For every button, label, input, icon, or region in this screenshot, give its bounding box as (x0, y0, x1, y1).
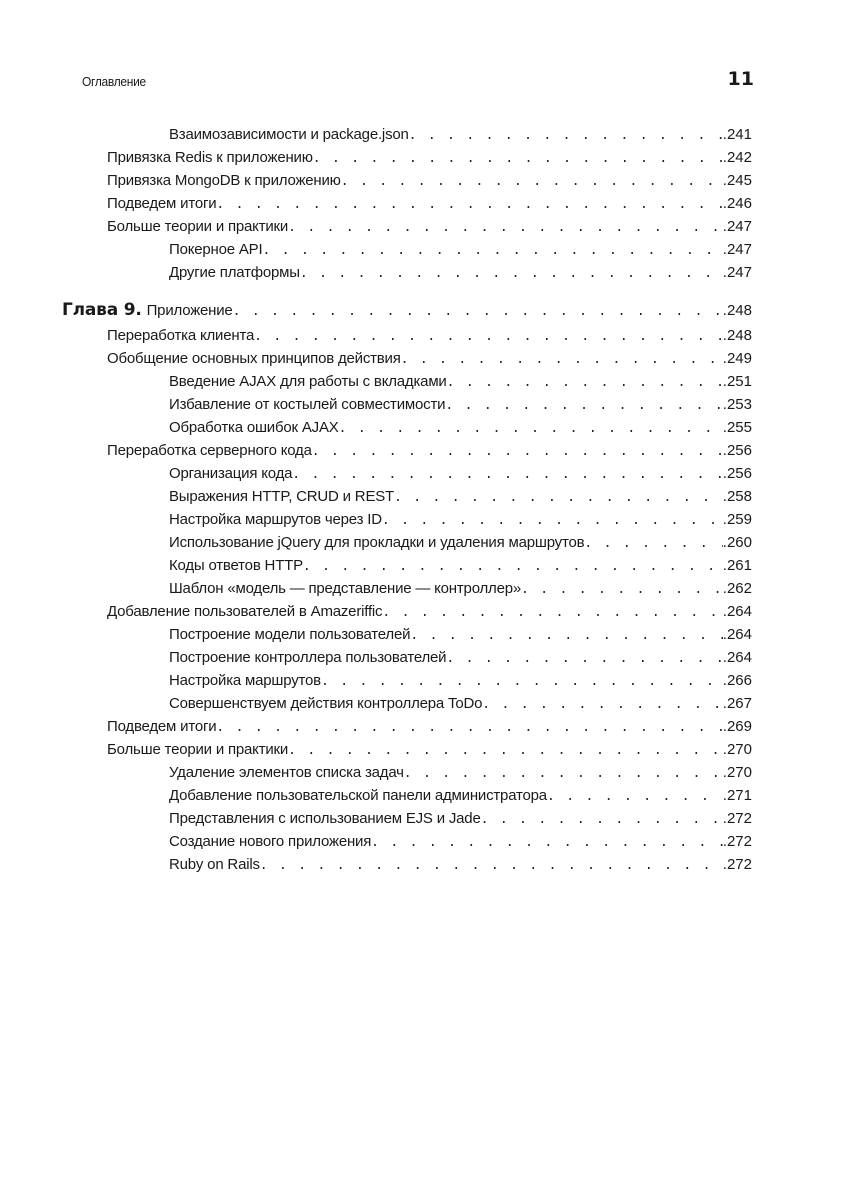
toc-entry-page-number: .246 (723, 192, 752, 215)
dot-leader (401, 348, 723, 370)
toc-entry-page-number: .256 (723, 462, 752, 485)
dot-leader (547, 785, 723, 807)
toc-entry-title: Добавление пользовательской панели админ… (169, 784, 547, 807)
toc-entry-text: Обобщение основных принципов действия (107, 350, 401, 367)
toc-entry-text: Введение AJAX для работы с вкладками (169, 373, 447, 390)
toc-entry[interactable]: Шаблон «модель — представление — контрол… (62, 577, 752, 600)
toc-entry[interactable]: Введение AJAX для работы с вкладками.251 (62, 370, 752, 393)
toc-entry-page-number: .247 (723, 238, 752, 261)
toc-entry-title: Подведем итоги (107, 192, 216, 215)
toc-entry[interactable]: Выражения HTTP, CRUD и REST.258 (62, 485, 752, 508)
dot-leader (216, 193, 722, 215)
toc-entry-text: Организация кода (169, 465, 292, 482)
toc-entry-page-number: .270 (723, 761, 752, 784)
toc-entry-title: Удаление элементов списка задач (169, 761, 404, 784)
toc-entry-page-number: .247 (723, 261, 752, 284)
toc-entry[interactable]: Привязка MongoDB к приложению.245 (62, 169, 752, 192)
dot-leader (313, 147, 723, 169)
toc-entry-text: Удаление элементов списка задач (169, 764, 404, 781)
toc-entry-page-number: .272 (723, 807, 752, 830)
toc-entry-page-number: .248 (723, 324, 752, 347)
toc-entry[interactable]: Больше теории и практики.247 (62, 215, 752, 238)
toc-entry[interactable]: Обобщение основных принципов действия.24… (62, 347, 752, 370)
dot-leader (312, 440, 723, 462)
toc-entry-page-number: .249 (723, 347, 752, 370)
dot-leader (341, 170, 723, 192)
toc-entry[interactable]: Больше теории и практики.270 (62, 738, 752, 761)
toc-entry-text: Добавление пользователей в Amazeriffic (107, 603, 382, 620)
running-title: Оглавление (82, 74, 146, 89)
toc-entry-text: Подведем итоги (107, 195, 216, 212)
toc-entry-title: Настройка маршрутов через ID (169, 508, 382, 531)
toc-entry-text: Создание нового приложения (169, 833, 371, 850)
toc-entry-text: Переработка серверного кода (107, 442, 312, 459)
toc-entry-title: Больше теории и практики (107, 738, 288, 761)
toc-entry-text: Построение модели пользователей (169, 626, 410, 643)
toc-entry[interactable]: Подведем итоги.269 (62, 715, 752, 738)
toc-entry-text: Настройка маршрутов (169, 672, 321, 689)
toc-entry-page-number: .251 (723, 370, 752, 393)
toc-entry-text: Настройка маршрутов через ID (169, 511, 382, 528)
toc-entry-title: Введение AJAX для работы с вкладками (169, 370, 447, 393)
toc-entry[interactable]: Построение контроллера пользователей.264 (62, 646, 752, 669)
dot-leader (482, 693, 723, 715)
toc-entry-text: Выражения HTTP, CRUD и REST (169, 488, 394, 505)
toc-entry-text: Взаимозависимости и package.json (169, 126, 409, 143)
toc-entry-page-number: .264 (723, 623, 752, 646)
toc-entry-title: Подведем итоги (107, 715, 216, 738)
dot-leader (371, 831, 723, 853)
dot-leader (321, 670, 723, 692)
toc-entry[interactable]: Создание нового приложения.272 (62, 830, 752, 853)
toc-entry-page-number: .247 (723, 215, 752, 238)
dot-leader (292, 463, 723, 485)
toc-entry-page-number: .261 (723, 554, 752, 577)
dot-leader (382, 509, 723, 531)
toc-entry-title: Коды ответов HTTP (169, 554, 303, 577)
dot-leader (339, 417, 723, 439)
toc-entry-title: Взаимозависимости и package.json (169, 123, 409, 146)
toc-entry-page-number: .256 (723, 439, 752, 462)
toc-entry[interactable]: Совершенствуем действия контроллера ToDo… (62, 692, 752, 715)
dot-leader (288, 216, 723, 238)
toc-entry[interactable]: Добавление пользователей в Amazeriffic.2… (62, 600, 752, 623)
toc-entry-title: Покерное API (169, 238, 262, 261)
toc-entry-text: Шаблон «модель — представление — контрол… (169, 580, 521, 597)
toc-entry-page-number: .267 (723, 692, 752, 715)
toc-entry-title: Построение модели пользователей (169, 623, 410, 646)
toc-entry[interactable]: Построение модели пользователей.264 (62, 623, 752, 646)
toc-entry[interactable]: Ruby on Rails.272 (62, 853, 752, 876)
toc-entry-text: Переработка клиента (107, 327, 254, 344)
toc-entry-page-number: .260 (723, 531, 752, 554)
toc-entry-page-number: .262 (723, 577, 752, 600)
toc-entry[interactable]: Коды ответов HTTP.261 (62, 554, 752, 577)
toc-entry-text: Представления с использованием EJS и Jad… (169, 810, 481, 827)
toc-entry[interactable]: Привязка Redis к приложению.242 (62, 146, 752, 169)
toc-entry-text: Ruby on Rails (169, 856, 260, 873)
dot-leader (382, 601, 722, 623)
toc-entry-text: Приложение (147, 302, 233, 319)
table-of-contents: Взаимозависимости и package.json.241Прив… (62, 123, 752, 876)
toc-entry[interactable]: Добавление пользовательской панели админ… (62, 784, 752, 807)
toc-entry-text: Больше теории и практики (107, 218, 288, 235)
toc-entry-page-number: .258 (723, 485, 752, 508)
toc-entry-page-number: .253 (723, 393, 752, 416)
toc-entry-text: Привязка MongoDB к приложению (107, 172, 341, 189)
toc-entry-text: Коды ответов HTTP (169, 557, 303, 574)
toc-entry-text: Больше теории и практики (107, 741, 288, 758)
page-number: 11 (728, 68, 754, 90)
toc-entry[interactable]: Подведем итоги.246 (62, 192, 752, 215)
toc-entry-page-number: .266 (723, 669, 752, 692)
toc-entry-title: Больше теории и практики (107, 215, 288, 238)
toc-entry[interactable]: Переработка серверного кода.256 (62, 439, 752, 462)
toc-entry-page-number: .259 (723, 508, 752, 531)
toc-entry-title: Создание нового приложения (169, 830, 371, 853)
toc-entry-page-number: .241 (723, 123, 752, 146)
toc-entry[interactable]: Настройка маршрутов.266 (62, 669, 752, 692)
dot-leader (288, 739, 723, 761)
toc-entry-page-number: .269 (723, 715, 752, 738)
toc-entry-title: Шаблон «модель — представление — контрол… (169, 577, 521, 600)
toc-entry-page-number: .272 (723, 853, 752, 876)
toc-entry-text: Построение контроллера пользователей (169, 649, 446, 666)
toc-entry-text: Привязка Redis к приложению (107, 149, 313, 166)
toc-entry-title: Переработка клиента (107, 324, 254, 347)
toc-entry-title: Привязка MongoDB к приложению (107, 169, 341, 192)
toc-entry-title: Ruby on Rails (169, 853, 260, 876)
toc-entry-page-number: .272 (723, 830, 752, 853)
dot-leader (260, 854, 723, 876)
toc-entry-page-number: .255 (723, 416, 752, 439)
toc-entry[interactable]: Представления с использованием EJS и Jad… (62, 807, 752, 830)
toc-entry-text: Другие платформы (169, 264, 300, 281)
dot-leader (410, 624, 722, 646)
dot-leader (233, 298, 723, 324)
toc-entry-page-number: .270 (723, 738, 752, 761)
toc-entry-page-number: .242 (723, 146, 752, 169)
dot-leader (409, 124, 723, 146)
dot-leader (446, 647, 722, 669)
toc-entry-title: Привязка Redis к приложению (107, 146, 313, 169)
toc-entry[interactable]: Избавление от костылей совместимости.253 (62, 393, 752, 416)
dot-leader (521, 578, 723, 600)
toc-entry-page-number: .264 (723, 646, 752, 669)
dot-leader (404, 762, 723, 784)
toc-entry-page-number: .245 (723, 169, 752, 192)
toc-entry-title: Обработка ошибок AJAX (169, 416, 339, 439)
toc-entry-title: Представления с использованием EJS и Jad… (169, 807, 481, 830)
toc-entry-title: Использование jQuery для прокладки и уда… (169, 531, 584, 554)
toc-entry-text: Покерное API (169, 241, 262, 258)
page-header: Оглавление 11 (82, 68, 754, 98)
toc-entry-page-number: .271 (723, 784, 752, 807)
toc-entry[interactable]: Другие платформы.247 (62, 261, 752, 284)
dot-leader (262, 239, 722, 261)
toc-entry-title: Организация кода (169, 462, 292, 485)
toc-entry[interactable]: Покерное API.247 (62, 238, 752, 261)
toc-entry-text: Обработка ошибок AJAX (169, 419, 339, 436)
toc-entry-text: Избавление от костылей совместимости (169, 396, 445, 413)
toc-entry[interactable]: Настройка маршрутов через ID.259 (62, 508, 752, 531)
toc-entry-title: Избавление от костылей совместимости (169, 393, 445, 416)
toc-entry-title: Глава 9.Приложение (62, 296, 233, 324)
dot-leader (300, 262, 723, 284)
dot-leader (216, 716, 722, 738)
toc-entry[interactable]: Взаимозависимости и package.json.241 (62, 123, 752, 146)
dot-leader (394, 486, 723, 508)
dot-leader (481, 808, 723, 830)
toc-entry-title: Обобщение основных принципов действия (107, 347, 401, 370)
toc-entry-title: Переработка серверного кода (107, 439, 312, 462)
toc-entry-title: Построение контроллера пользователей (169, 646, 446, 669)
toc-entry-title: Добавление пользователей в Amazeriffic (107, 600, 382, 623)
toc-entry-text: Совершенствуем действия контроллера ToDo (169, 695, 482, 712)
chapter-label: Глава 9. (62, 300, 142, 320)
toc-entry[interactable]: Использование jQuery для прокладки и уда… (62, 531, 752, 554)
toc-entry-title: Совершенствуем действия контроллера ToDo (169, 692, 482, 715)
toc-entry-title: Настройка маршрутов (169, 669, 321, 692)
toc-entry[interactable]: Организация кода.256 (62, 462, 752, 485)
toc-entry[interactable]: Переработка клиента.248 (62, 324, 752, 347)
toc-entry-text: Использование jQuery для прокладки и уда… (169, 534, 584, 551)
toc-entry-page-number: .264 (723, 600, 752, 623)
dot-leader (447, 371, 723, 393)
toc-entry-title: Выражения HTTP, CRUD и REST (169, 485, 394, 508)
dot-leader (584, 532, 722, 554)
toc-entry-page-number: .248 (723, 297, 752, 324)
dot-leader (303, 555, 723, 577)
dot-leader (254, 325, 723, 347)
toc-entry-text: Добавление пользовательской панели админ… (169, 787, 547, 804)
toc-entry-text: Подведем итоги (107, 718, 216, 735)
toc-entry[interactable]: Удаление элементов списка задач.270 (62, 761, 752, 784)
toc-chapter-entry[interactable]: Глава 9.Приложение.248 (62, 296, 752, 324)
toc-entry-title: Другие платформы (169, 261, 300, 284)
toc-entry[interactable]: Обработка ошибок AJAX.255 (62, 416, 752, 439)
dot-leader (445, 394, 722, 416)
